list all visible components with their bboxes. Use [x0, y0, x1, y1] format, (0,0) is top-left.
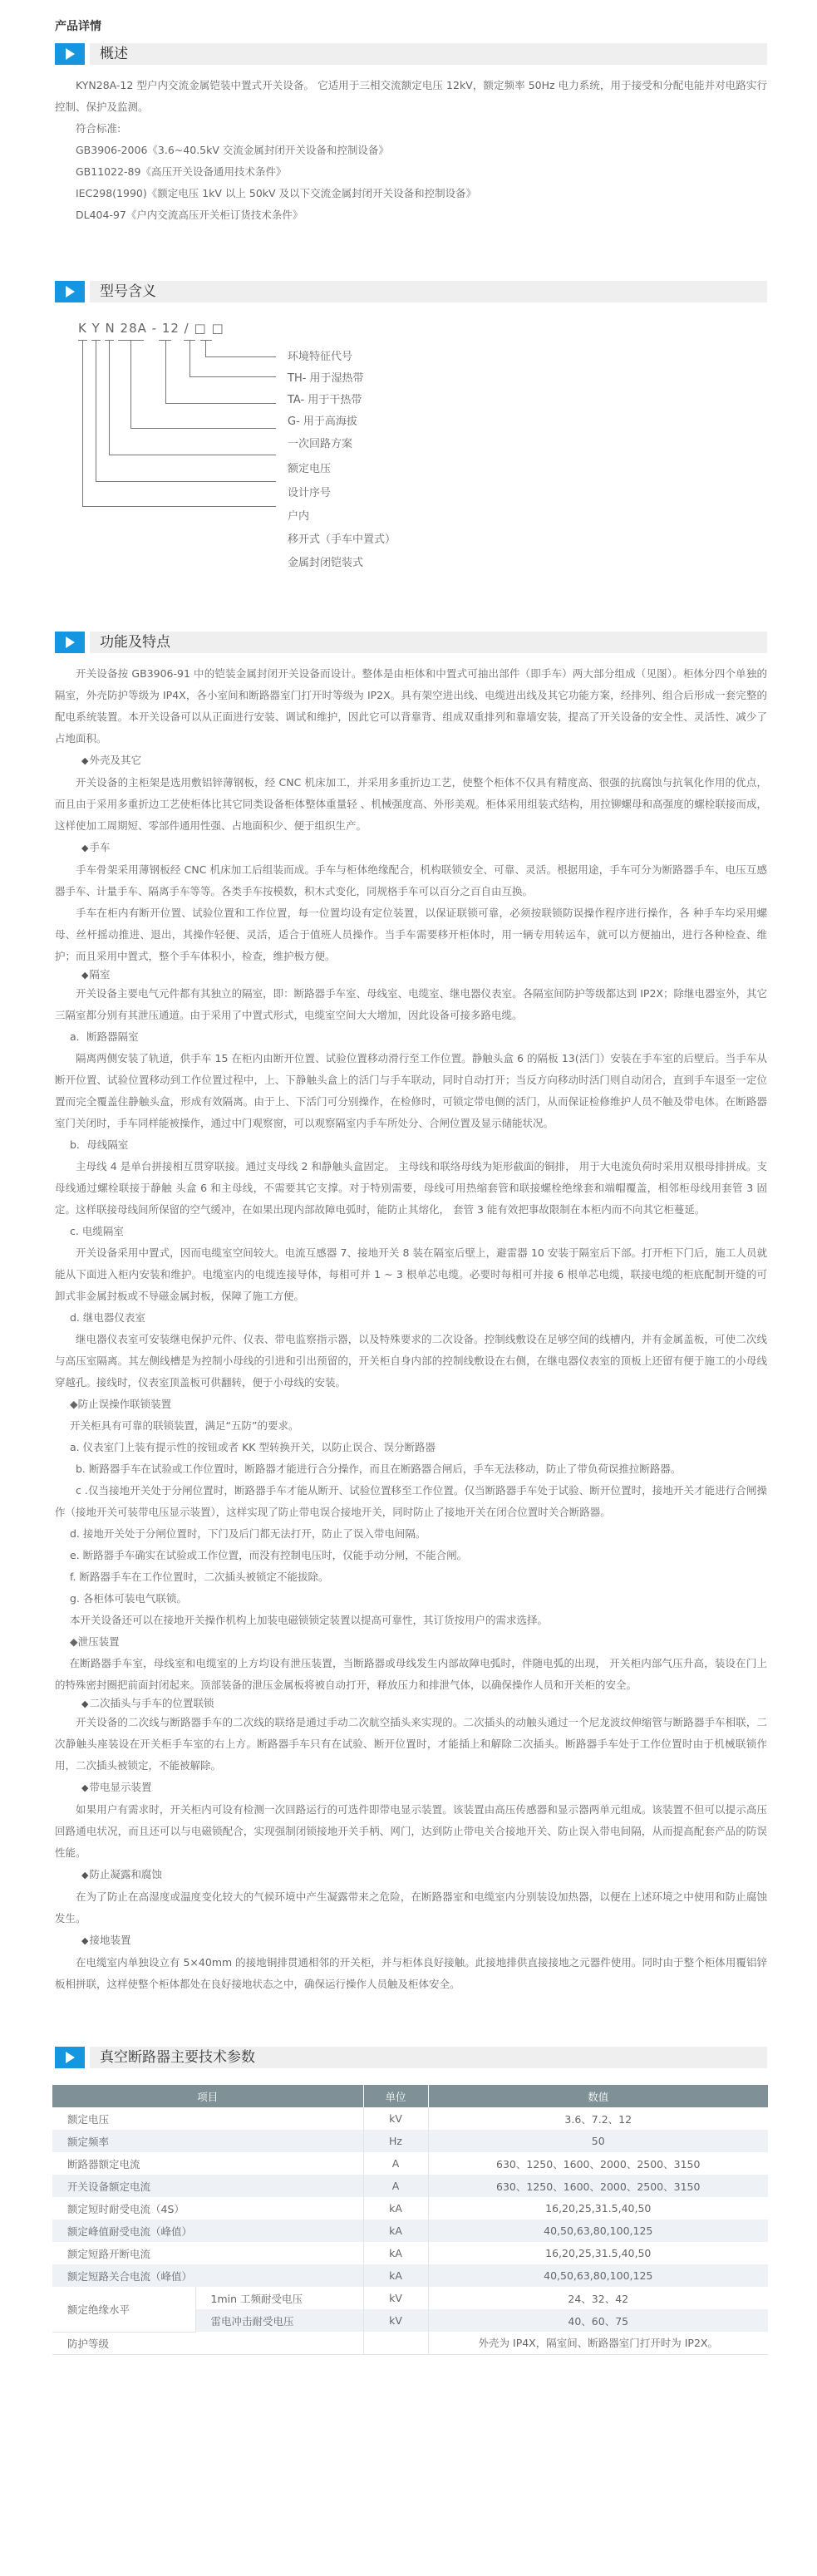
model-label: 一次回路方案 — [288, 438, 352, 451]
model-code: K Y N 28A - 12 / □ □ — [78, 321, 224, 336]
section-header-overview: 概述 — [55, 43, 767, 65]
compartment-b-text: 主母线 4 是单台拼接相互贯穿联接。通过支母线 2 和静触头盒固定。 主母线和联… — [55, 1156, 767, 1221]
model-label: 金属封闭铠装式 — [288, 557, 363, 570]
subheading-pressure: ◆泄压装置 — [55, 1631, 767, 1653]
compartment-a-text: 隔离两侧安装了轨道，供手车 15 在柜内由断开位置、试验位置移动滑行至工作位置。… — [55, 1048, 767, 1134]
subheading-truck: ◆手车 — [55, 837, 767, 859]
header-item: 项目 — [52, 2085, 363, 2107]
features-intro: 开关设备按 GB3906-91 中的铠装金属封闭开关设备而设计。整体是由柜体和中… — [55, 663, 767, 750]
table-row: 防护等级 外壳为 IP4X，隔室间、断路器室门打开时为 IP2X。 — [52, 2332, 768, 2354]
diamond-bullet-icon: ◆ — [81, 1698, 88, 1709]
diamond-bullet-icon: ◆ — [81, 755, 88, 766]
compartment-d-text: 继电器仪表室可安装继电保护元件、仪表、带电监察指示器，以及特殊要求的二次设备。控… — [55, 1329, 767, 1394]
diamond-bullet-icon: ◆ — [70, 1398, 78, 1410]
play-triangle-icon — [55, 281, 85, 302]
overview-intro: KYN28A-12 型户内交流金属铠装中置式开关设备。 它适用于三相交流额定电压… — [55, 75, 767, 118]
subheading-condensation: ◆防止凝露和腐蚀 — [55, 1864, 767, 1886]
diamond-bullet-icon: ◆ — [81, 1935, 88, 1946]
compartment-b-title: b．母线隔室 — [55, 1134, 767, 1156]
table-row: 额定频率 Hz 50 — [52, 2130, 768, 2152]
model-label: TH- 用于湿热带 — [288, 372, 364, 386]
model-label: TA- 用于干热带 — [288, 394, 362, 407]
interlock-item: d. 接地开关处于分闸位置时，下门及后门都无法打开，防止了误入带电间隔。 — [55, 1523, 767, 1545]
model-label: 移开式（手车中置式） — [288, 533, 396, 547]
table-header-row: 项目 单位 数值 — [52, 2085, 768, 2107]
interlock-item: f. 断路器手车在工作位置时，二次插头被锁定不能拔除。 — [55, 1566, 767, 1588]
product-detail-page: 产品详情 概述 KYN28A-12 型户内交流金属铠装中置式开关设备。 它适用于… — [0, 0, 817, 2388]
section-title: 功能及特点 — [90, 632, 767, 653]
interlock-item: g. 各柜体可装电气联锁。 — [55, 1588, 767, 1610]
table-row: 额定电压 kV 3.6、7.2、12 — [52, 2107, 768, 2130]
standard-item: IEC298(1990)《额定电压 1kV 以上 50kV 及以下交流金属封闭开… — [55, 183, 767, 204]
compartment-d-title: d. 继电器仪表室 — [55, 1307, 767, 1329]
plug-text: 开关设备的二次线与断路器手车的二次线的联络是通过手动二次航空插头来实现的。二次插… — [55, 1712, 767, 1777]
standard-item: GB11022-89《高压开关设备通用技术条件》 — [55, 161, 767, 183]
pressure-text: 在断路器手车室，母线室和电缆室的上方均设有泄压装置，当断路器或母线发生内部故障电… — [55, 1653, 767, 1696]
interlock-item: c .仅当接地开关处于分闸位置时，断路器手车才能从断开、试验位置移至工作位置。仅… — [55, 1480, 767, 1523]
display-text: 如果用户有需求时，开关柜内可设有检测一次回路运行的可选件即带电显示装置。该装置由… — [55, 1799, 767, 1864]
subheading-compartment: ◆隔室 — [55, 967, 767, 983]
model-label: 设计序号 — [288, 487, 331, 500]
interlock-item: e. 断路器手车确实在试验或工作位置，而没有控制电压时，仅能手动分闸，不能合闸。 — [55, 1545, 767, 1566]
interlock-intro: 开关柜具有可靠的联锁装置，满足“五防”的要求。 — [55, 1415, 767, 1437]
section-title: 概述 — [90, 43, 767, 65]
model-label: G- 用于高海拔 — [288, 415, 357, 429]
standard-item: DL404-97《户内交流高压开关柜订货技术条件》 — [55, 204, 767, 226]
standard-item: GB3906-2006《3.6~40.5kV 交流金属封闭开关设备和控制设备》 — [55, 140, 767, 161]
page-title: 产品详情 — [55, 18, 817, 35]
table-row: 断路器额定电流 A 630、1250、1600、2000、2500、3150 — [52, 2152, 768, 2175]
table-row: 额定短路关合电流（峰值） kA 40,50,63,80,100,125 — [52, 2264, 768, 2287]
section-title: 真空断路器主要技术参数 — [90, 2047, 767, 2068]
subheading-plug: ◆二次插头与手车的位置联锁 — [55, 1696, 767, 1712]
diamond-bullet-icon: ◆ — [70, 1635, 78, 1648]
compartment-c-title: c. 电缆隔室 — [55, 1221, 767, 1242]
table-row: 额定绝缘水平 1min 工频耐受电压 kV 24、32、42 — [52, 2287, 768, 2309]
header-unit: 单位 — [363, 2085, 428, 2107]
diamond-bullet-icon: ◆ — [81, 843, 88, 853]
model-label: 环境特征代号 — [288, 351, 352, 364]
section-title: 型号含义 — [90, 281, 767, 302]
section-header-specs: 真空断路器主要技术参数 — [55, 2047, 767, 2068]
subheading-display: ◆带电显示装置 — [55, 1777, 767, 1799]
grounding-text: 在电缆室内单独设立有 5×40mm 的接地铜排贯通相邻的开关柜，并与柜体良好接触… — [55, 1952, 767, 1995]
table-row: 开关设备额定电流 A 630、1250、1600、2000、2500、3150 — [52, 2175, 768, 2197]
spec-table: 项目 单位 数值 额定电压 kV 3.6、7.2、12 额定频率 Hz 50 断… — [52, 2085, 768, 2355]
model-label: 户内 — [288, 510, 309, 524]
diamond-bullet-icon: ◆ — [81, 1782, 88, 1793]
model-label: 额定电压 — [288, 463, 331, 476]
standards-label: 符合标准: — [55, 118, 767, 140]
subheading-grounding: ◆接地装置 — [55, 1930, 767, 1952]
condensation-text: 在为了防止在高湿度或温度变化较大的气候环境中产生凝露带来之危险，在断路器室和电缆… — [55, 1886, 767, 1930]
compartment-c-text: 开关设备采用中置式，因而电缆室空间较大。电流互感器 7、接地开关 8 装在隔室后… — [55, 1242, 767, 1307]
play-triangle-icon — [55, 632, 85, 653]
subheading-shell: ◆外壳及其它 — [55, 750, 767, 772]
interlock-item: a. 仪表室门上装有提示性的按钮或者 KK 型转换开关，以防止误合、误分断路器 — [55, 1437, 767, 1458]
play-triangle-icon — [55, 2047, 85, 2068]
section-header-model: 型号含义 — [55, 281, 767, 302]
interlock-outro: 本开关设备还可以在接地开关操作机构上加装电磁锁锁定装置以提高可靠性，其订货按用户… — [55, 1610, 767, 1631]
truck-text-2: 手车在柜内有断开位置、试验位置和工作位置，每一位置均设有定位装置，以保证联锁可靠… — [55, 902, 767, 967]
table-row: 额定短路开断电流 kA 16,20,25,31.5,40,50 — [52, 2242, 768, 2264]
model-code-diagram: K Y N 28A - 12 / □ □ 环境特征代号 TH- 用于湿热带 TA… — [55, 302, 767, 525]
header-value: 数值 — [428, 2085, 768, 2107]
subheading-interlock: ◆防止误操作联锁装置 — [55, 1394, 767, 1415]
diamond-bullet-icon: ◆ — [81, 1870, 88, 1880]
shell-text: 开关设备的主柜架是选用敷铝锌薄钢板，经 CNC 机床加工，并采用多重折边工艺，使… — [55, 772, 767, 837]
compartment-a-title: a．断路器隔室 — [55, 1026, 767, 1048]
play-triangle-icon — [55, 43, 85, 65]
compartment-text: 开关设备主要电气元件都有其独立的隔室，即：断路器手车室、母线室、电缆室、继电器仪… — [55, 983, 767, 1026]
table-row: 额定短时耐受电流（4S） kA 16,20,25,31.5,40,50 — [52, 2197, 768, 2220]
diamond-bullet-icon: ◆ — [81, 970, 88, 981]
section-header-features: 功能及特点 — [55, 632, 767, 653]
truck-text-1: 手车骨架采用薄钢板经 CNC 机床加工后组装而成。手车与柜体绝缘配合，机构联锁安… — [55, 859, 767, 902]
table-row: 额定峰值耐受电流（峰值） kA 40,50,63,80,100,125 — [52, 2220, 768, 2242]
interlock-item: b. 断路器手车在试验或工作位置时，断路器才能进行合分操作，而且在断路器合闸后，… — [55, 1458, 767, 1480]
